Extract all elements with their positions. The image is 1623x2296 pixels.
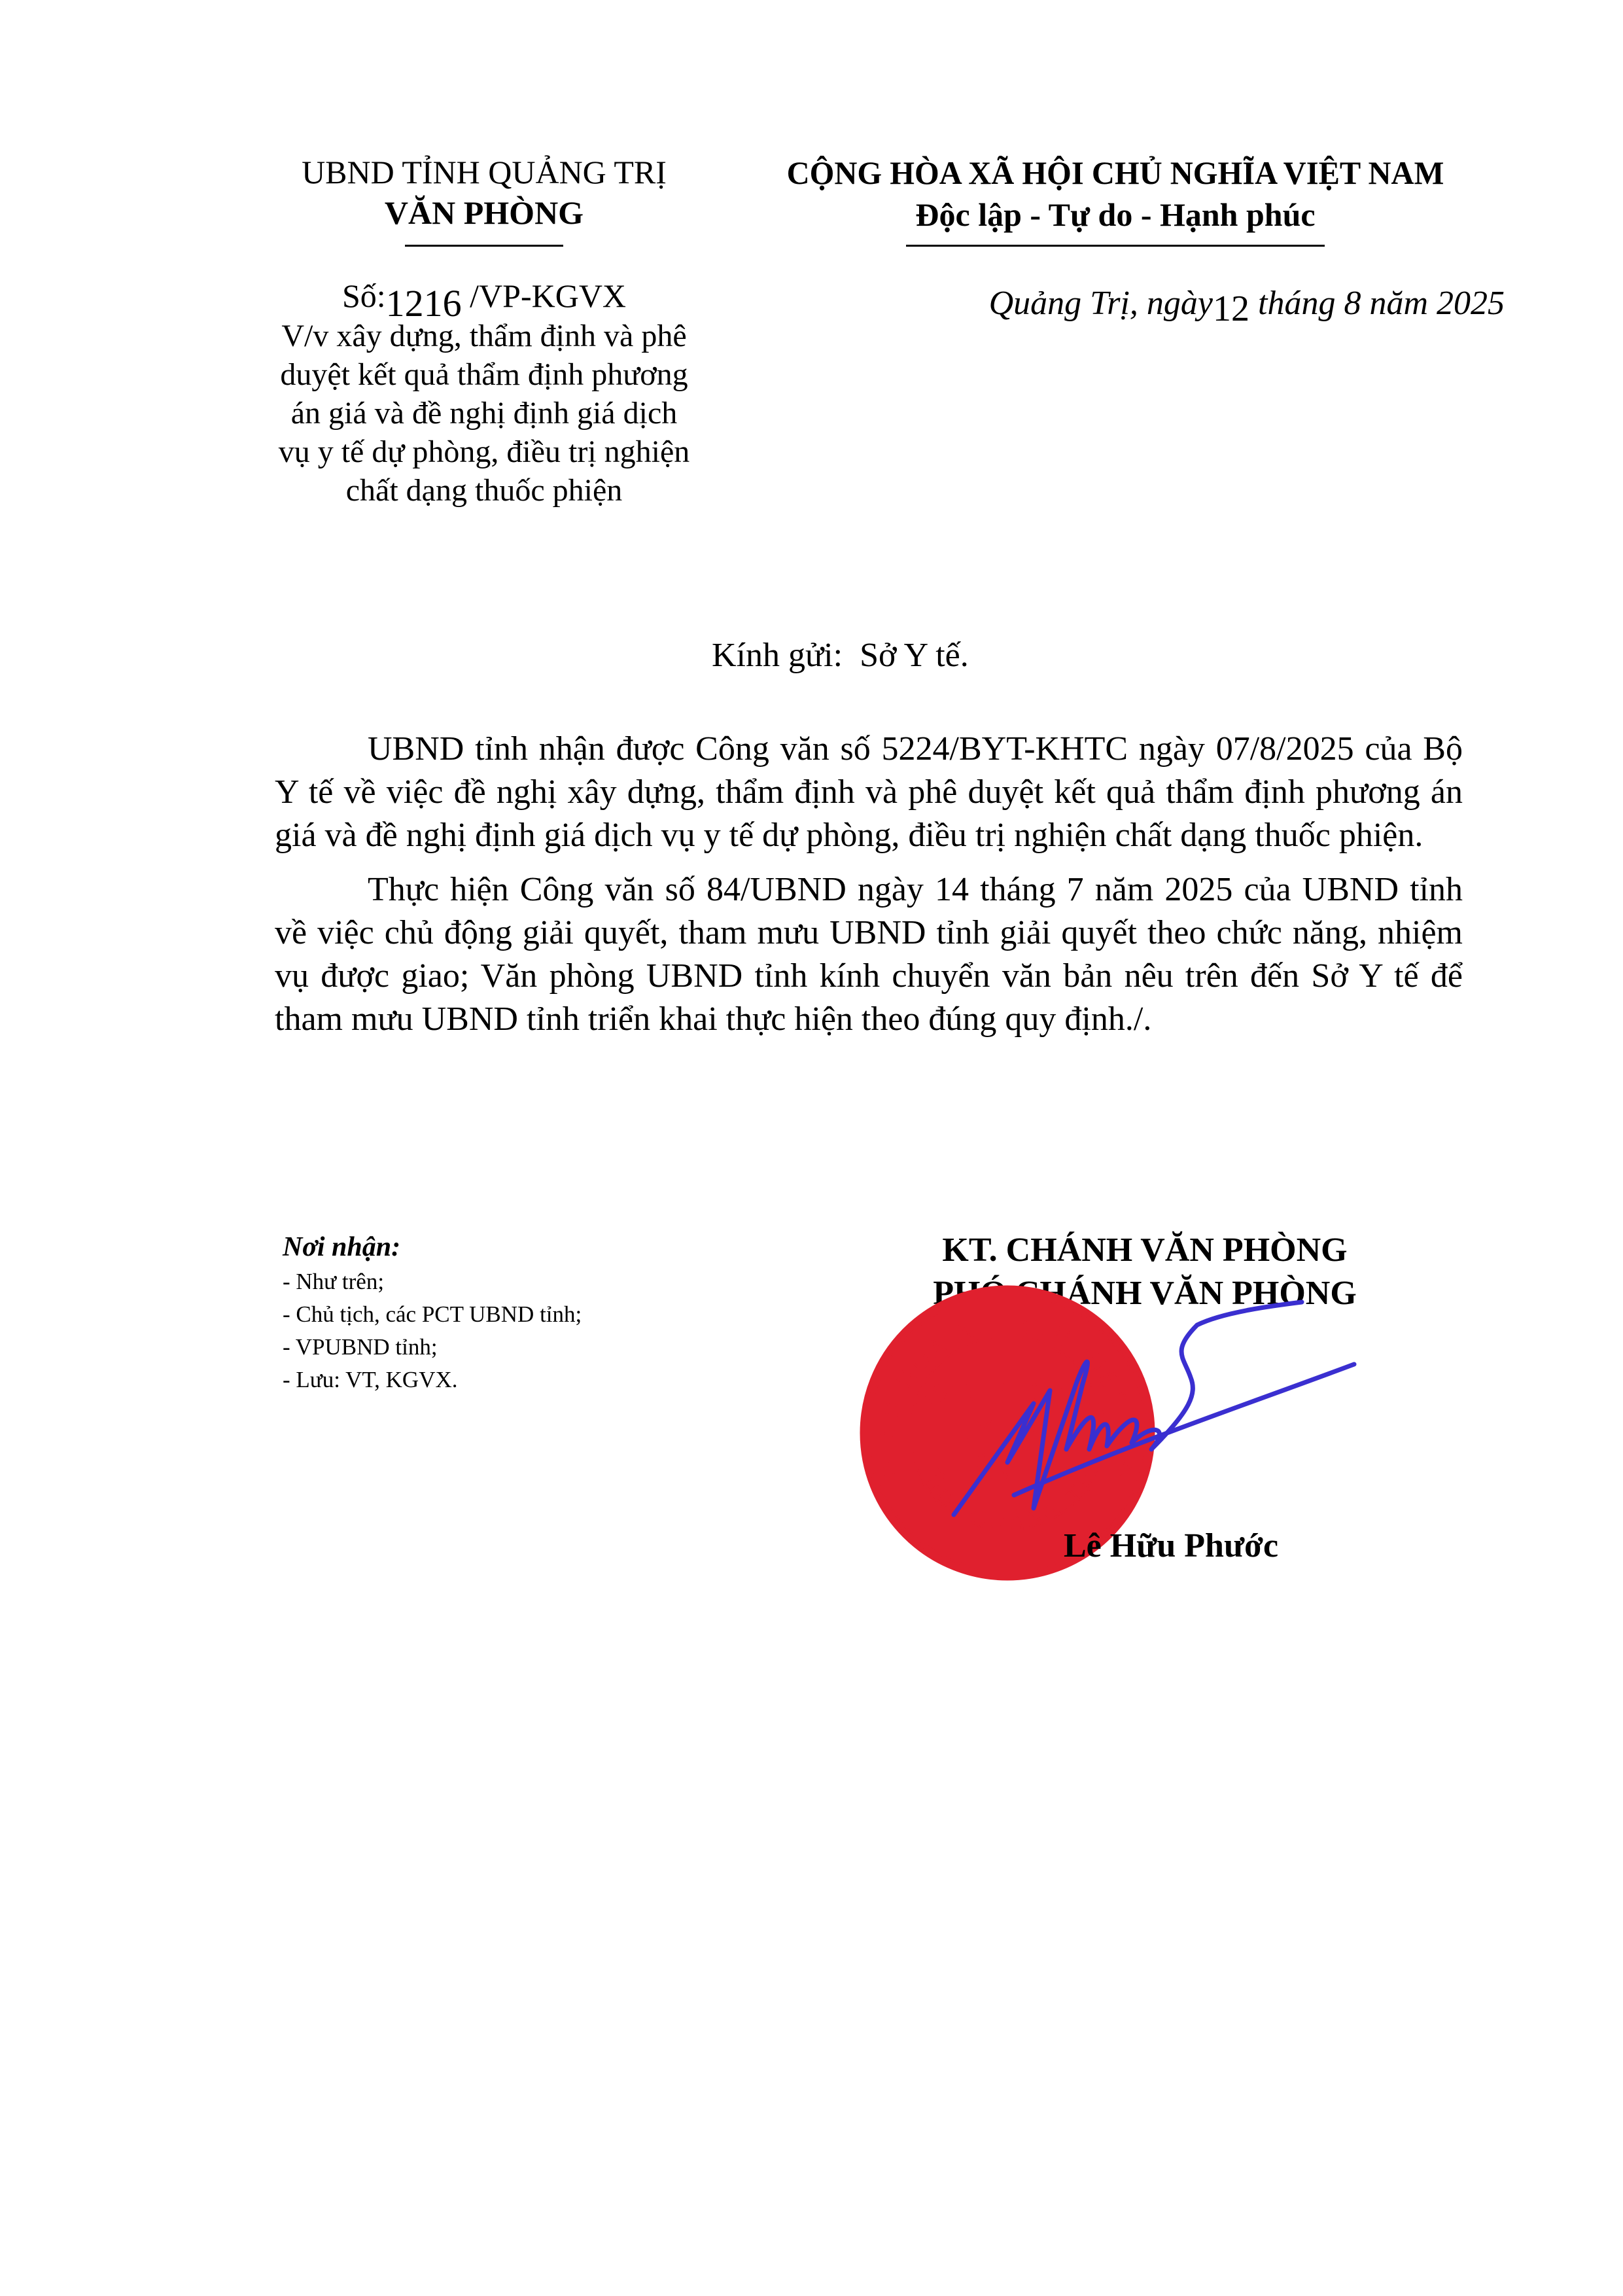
issuer-underline — [405, 245, 563, 247]
national-heading: CỘNG HÒA XÃ HỘI CHỦ NGHĨA VIỆT NAM Độc l… — [720, 152, 1511, 247]
body-paragraph: UBND tỉnh nhận được Công văn số 5224/BYT… — [275, 728, 1463, 857]
issuer-block: UBND TỈNH QUẢNG TRỊ VĂN PHÒNG — [249, 152, 720, 247]
date-suffix: tháng 8 năm 2025 — [1258, 285, 1505, 322]
subject-line: chất dạng thuốc phiện — [255, 471, 713, 510]
issuer-parent: UBND TỈNH QUẢNG TRỊ — [249, 152, 720, 192]
addressee: Kính gửi: Sở Y tế. — [712, 635, 969, 677]
star-icon: ★ — [880, 1455, 899, 1481]
recipients-title: Nơi nhận: — [283, 1229, 741, 1265]
motto-underline — [906, 245, 1325, 247]
document-subject: V/v xây dựng, thẩm định và phê duyệt kết… — [255, 317, 713, 510]
issue-date: Quảng Trị, ngày12 tháng 8 năm 2025 — [850, 281, 1505, 325]
addressee-label: Kính gửi: — [712, 637, 843, 674]
recipient-item: - Như trên; — [283, 1265, 741, 1298]
signing-authority: KT. CHÁNH VĂN PHÒNG — [850, 1229, 1439, 1272]
signer-name: Lê Hữu Phước — [850, 1525, 1439, 1568]
subject-line: duyệt kết quả thẩm định phương — [255, 355, 713, 394]
subject-line: vụ y tế dự phòng, điều trị nghiện — [255, 433, 713, 471]
subject-line: V/v xây dựng, thẩm định và phê — [255, 317, 713, 355]
issuer-name: VĂN PHÒNG — [249, 192, 720, 233]
date-day: 12 — [1213, 289, 1249, 329]
national-motto: Độc lập - Tự do - Hạnh phúc — [720, 194, 1511, 236]
recipient-item: - VPUBND tỉnh; — [283, 1331, 741, 1364]
date-prefix: Quảng Trị, ngày — [989, 285, 1213, 322]
subject-line: án giá và đề nghị định giá dịch — [255, 394, 713, 433]
document-number-prefix: Số: — [342, 277, 386, 314]
document-number: Số:1216 /VP-KGVX — [249, 275, 720, 315]
nation-title: CỘNG HÒA XÃ HỘI CHỦ NGHĨA VIỆT NAM — [731, 152, 1499, 194]
document-body: UBND tỉnh nhận được Công văn số 5224/BYT… — [275, 728, 1463, 1052]
recipient-item: - Lưu: VT, KGVX. — [283, 1364, 741, 1396]
recipient-item: - Chủ tịch, các PCT UBND tỉnh; — [283, 1298, 741, 1331]
addressee-recipient: Sở Y tế. — [860, 637, 969, 674]
handwritten-signature-icon — [935, 1299, 1367, 1547]
body-paragraph: Thực hiện Công văn số 84/UBND ngày 14 th… — [275, 868, 1463, 1041]
recipients-list: Nơi nhận: - Như trên; - Chủ tịch, các PC… — [283, 1229, 741, 1396]
document-number-suffix: /VP-KGVX — [470, 277, 626, 314]
